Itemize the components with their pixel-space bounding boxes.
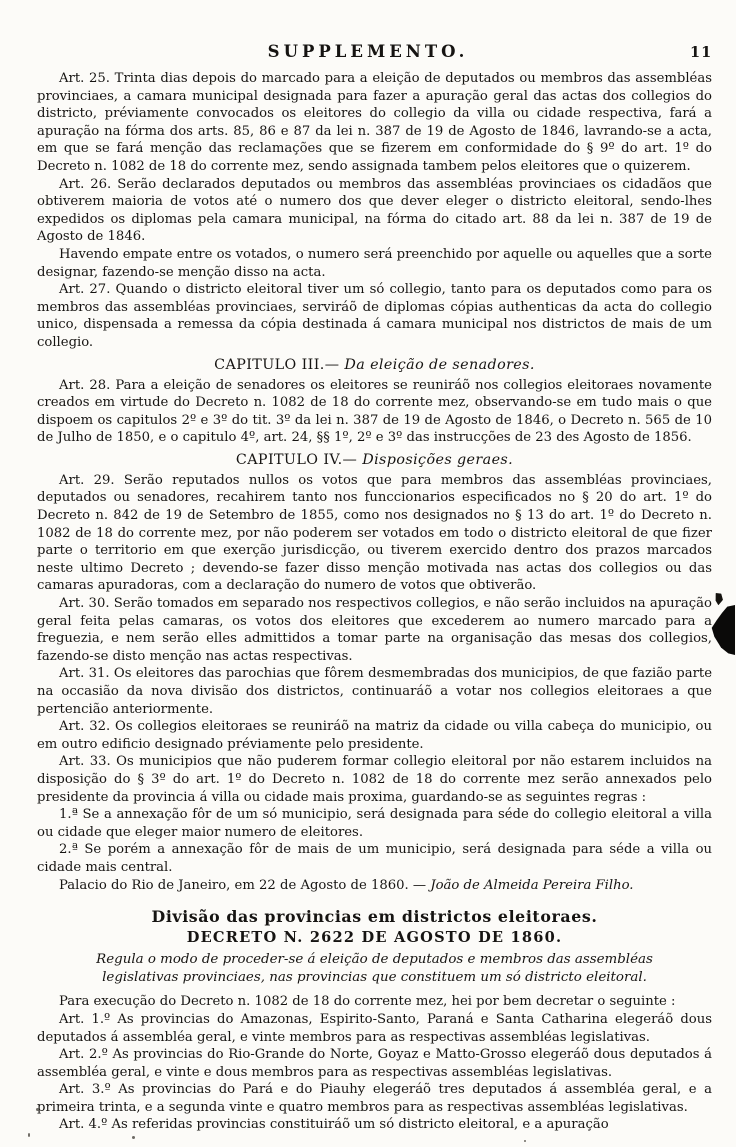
signature-line: Palacio do Rio de Janeiro, em 22 de Agos… bbox=[37, 877, 712, 895]
article-28-paragraph: Art. 28. Para a eleição de senadores os … bbox=[37, 377, 712, 447]
chapter-3-heading: CAPITULO III.— Da eleição de senadores. bbox=[37, 357, 712, 373]
signature-place-date: Palacio do Rio de Janeiro, em 22 de Agos… bbox=[59, 878, 426, 893]
chapter-3-title: Da eleição de senadores. bbox=[344, 357, 535, 373]
decree-article-2: Art. 2.º As provincias do Rio-Grande do … bbox=[37, 1046, 712, 1081]
tie-break-paragraph: Havendo empate entre os votados, o numer… bbox=[37, 246, 712, 281]
annexation-rule-1: 1.ª Se a annexação fôr de um só municipi… bbox=[37, 806, 712, 841]
text-column: Art. 25. Trinta dias depois do marcado p… bbox=[37, 70, 712, 1134]
scan-speck bbox=[370, 1108, 373, 1111]
scan-speck bbox=[36, 1108, 39, 1111]
article-32-paragraph: Art. 32. Os collegios eleitoraes se reun… bbox=[37, 718, 712, 753]
article-26-paragraph: Art. 26. Serão declarados deputados ou m… bbox=[37, 176, 712, 246]
decree-preamble: Para execução do Decreto n. 1082 de 18 d… bbox=[37, 993, 712, 1011]
decree-article-4: Art. 4.º As referidas provincias constit… bbox=[37, 1116, 712, 1134]
article-33-paragraph: Art. 33. Os municipios que não puderem f… bbox=[37, 753, 712, 806]
chapter-4-label: CAPITULO IV.— bbox=[236, 452, 357, 468]
division-section-heading: Divisão das provincias em districtos ele… bbox=[37, 907, 712, 926]
decree-number-heading: DECRETO N. 2622 DE AGOSTO DE 1860. bbox=[37, 929, 712, 946]
page-number: 11 bbox=[690, 44, 712, 61]
signature-name: João de Almeida Pereira Filho. bbox=[430, 878, 633, 893]
article-27-paragraph: Art. 27. Quando o districto eleitoral ti… bbox=[37, 281, 712, 351]
article-29-paragraph: Art. 29. Serão reputados nullos os votos… bbox=[37, 472, 712, 595]
chapter-4-heading: CAPITULO IV.— Disposições geraes. bbox=[37, 452, 712, 468]
page-header-title: SUPPLEMENTO. bbox=[0, 42, 736, 61]
annexation-rule-2: 2.ª Se porém a annexação fôr de mais de … bbox=[37, 841, 712, 876]
scan-speck bbox=[132, 1136, 135, 1139]
ink-curl-artifact bbox=[712, 592, 724, 606]
decree-article-1: Art. 1.º As provincias do Amazonas, Espi… bbox=[37, 1011, 712, 1046]
chapter-3-label: CAPITULO III.— bbox=[214, 357, 339, 373]
document-page: SUPPLEMENTO. 11 Art. 25. Trinta dias dep… bbox=[0, 0, 736, 1147]
article-30-paragraph: Art. 30. Serão tomados em separado nos r… bbox=[37, 595, 712, 665]
decree-summary: Regula o modo de proceder-se á eleição d… bbox=[65, 951, 685, 986]
ink-blot-artifact bbox=[711, 604, 735, 656]
scan-speck bbox=[28, 1133, 30, 1137]
article-25-paragraph: Art. 25. Trinta dias depois do marcado p… bbox=[37, 70, 712, 176]
article-31-paragraph: Art. 31. Os eleitores das parochias que … bbox=[37, 665, 712, 718]
scan-speck bbox=[524, 1140, 526, 1142]
chapter-4-title: Disposições geraes. bbox=[362, 452, 513, 468]
decree-article-3: Art. 3.º As provincias do Pará e do Piau… bbox=[37, 1081, 712, 1116]
